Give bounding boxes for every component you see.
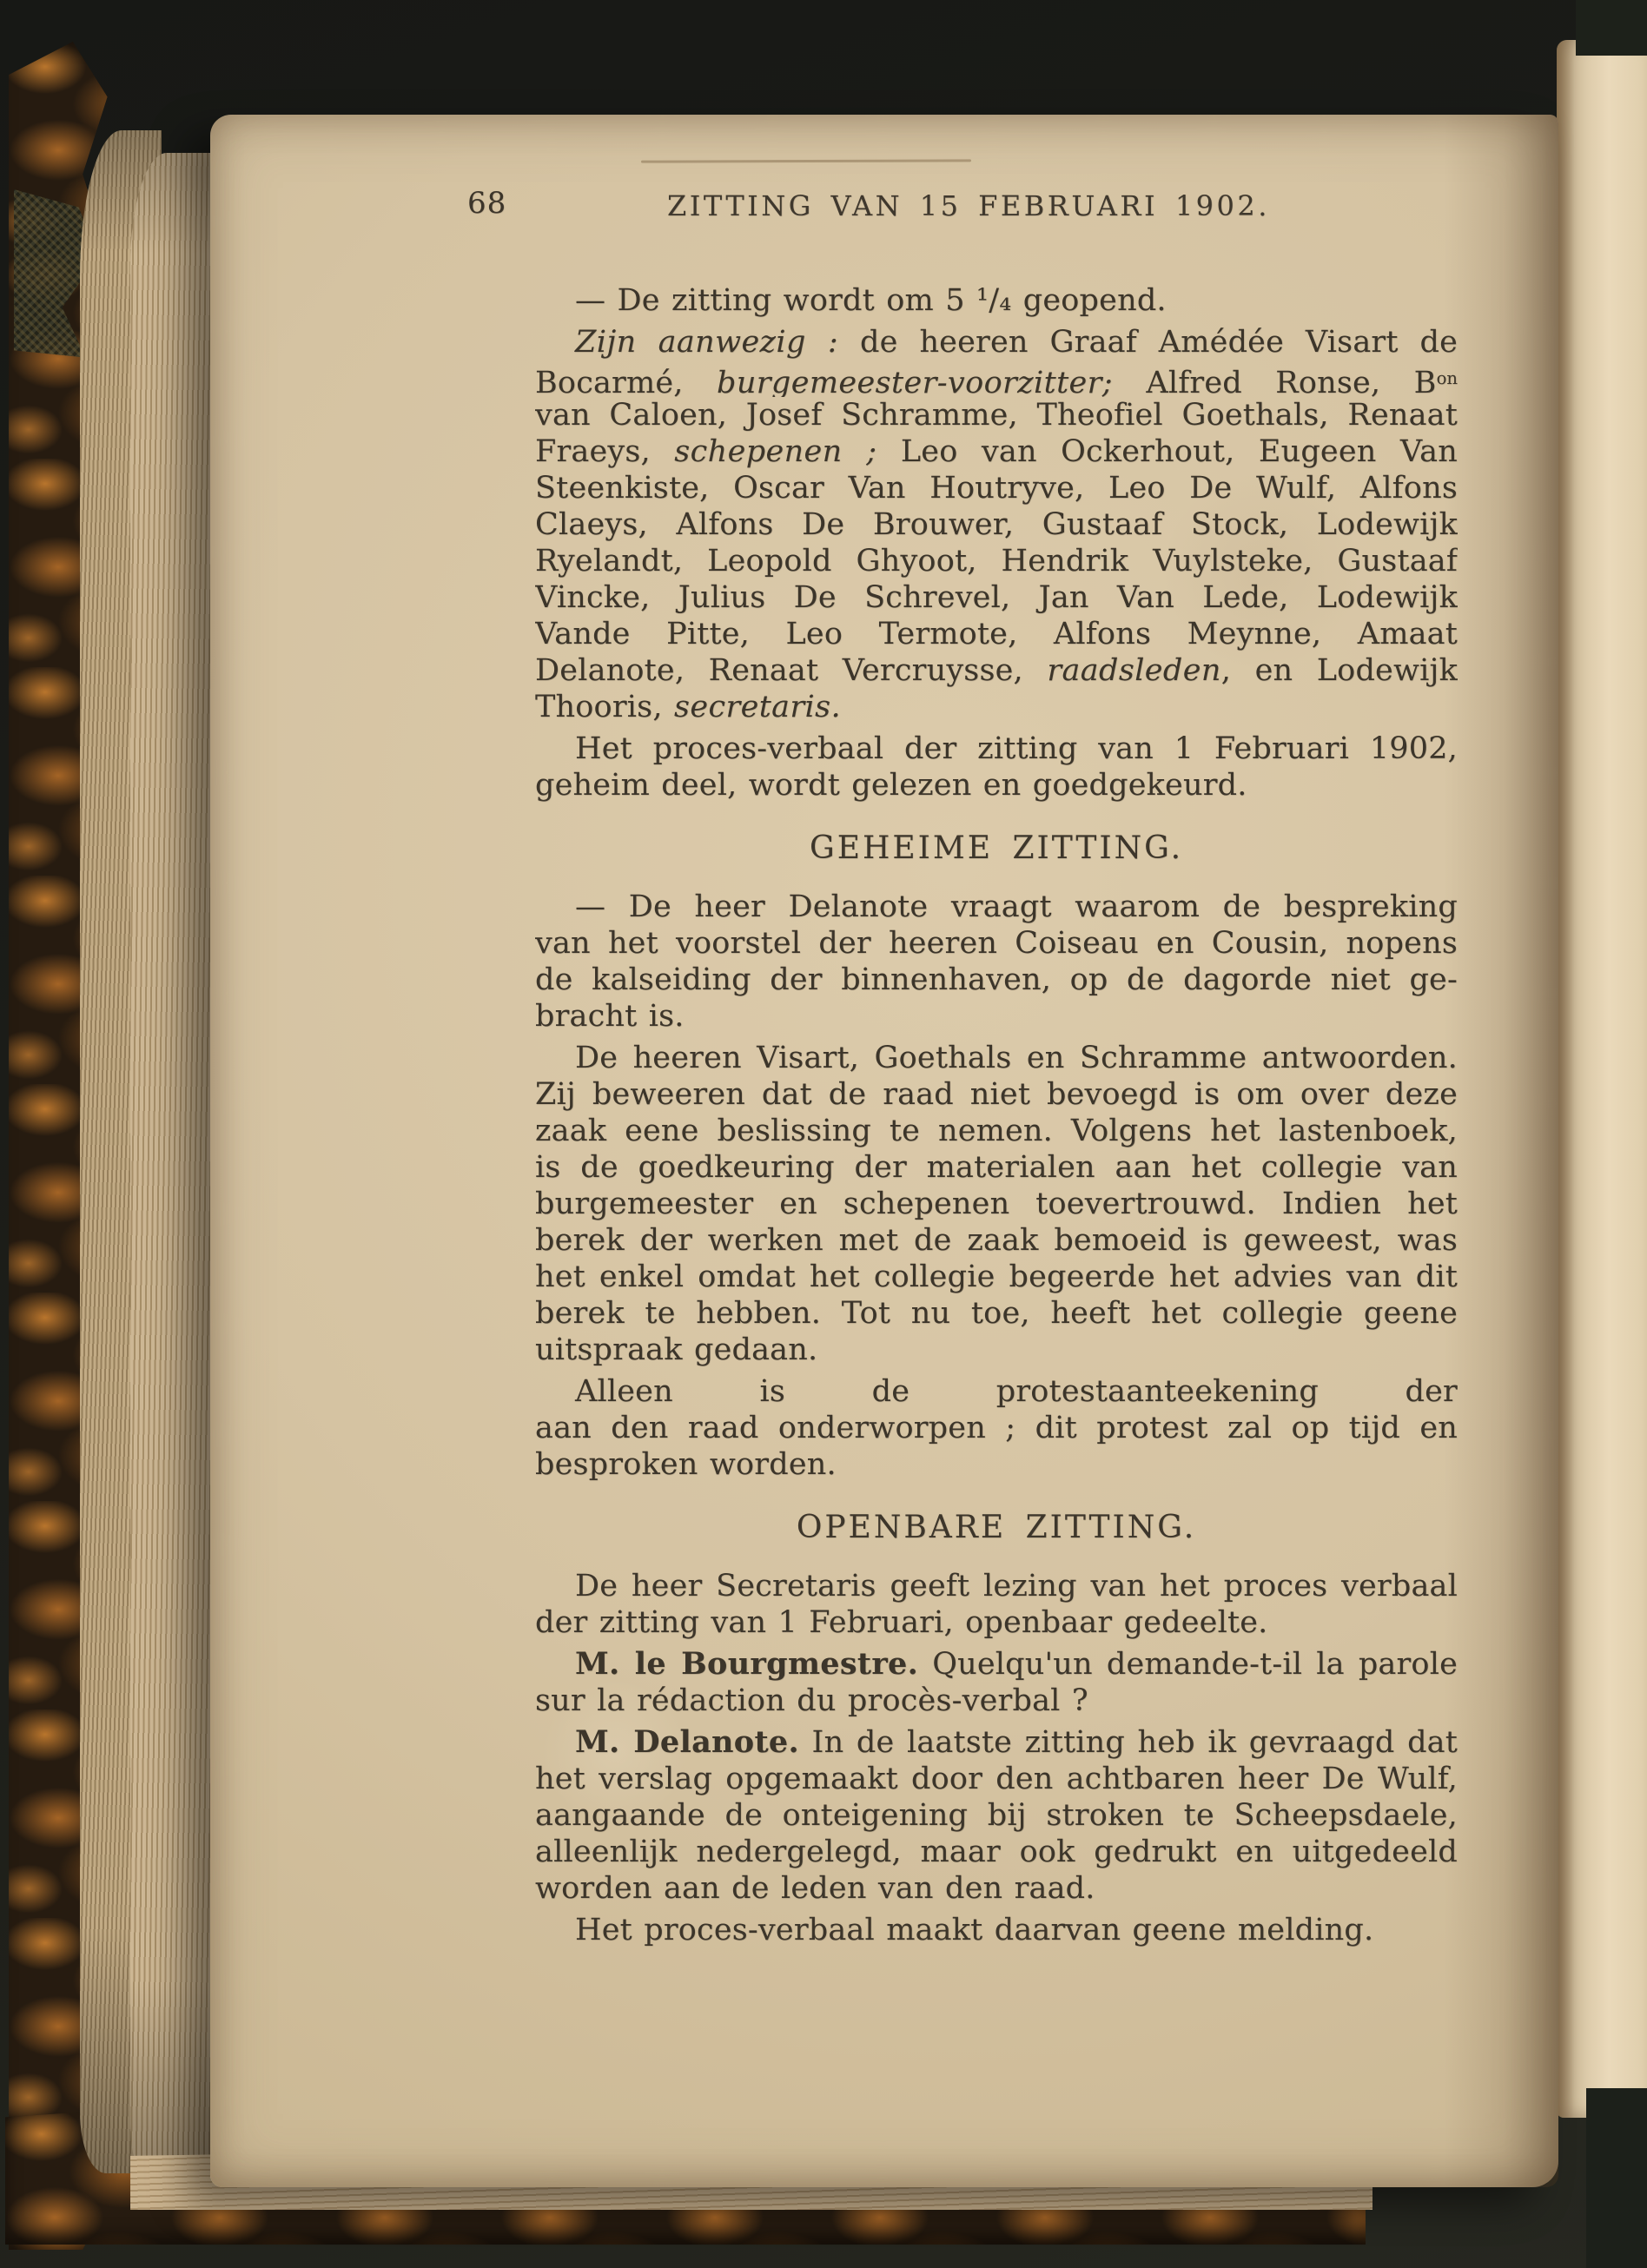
text-line: Steenkiste, Oscar Van Houtryve, Leo De W…: [535, 470, 1458, 506]
text-line: de kalseiding der binnenhaven, op de dag…: [535, 962, 1458, 998]
backdrop-bottom-right: [1586, 2088, 1647, 2268]
text-line: berek der werken met de zaak bemoeid is …: [535, 1222, 1458, 1259]
page-number: 68: [467, 186, 506, 221]
text-line: is de goedkeuring der materialen aan het…: [535, 1149, 1458, 1186]
text-line: Bocarmé, burgemeester-voorzitter; Alfred…: [535, 360, 1458, 397]
text-line: aan den raad onderworpen ; dit protest z…: [535, 1410, 1458, 1446]
text-line: — De zitting wordt om 5 ¹/₄ geopend.: [535, 282, 1458, 319]
text-line: worden aan de leden van den raad.: [535, 1870, 1458, 1907]
text-line: der zitting van 1 Februari, openbaar ged…: [535, 1604, 1458, 1641]
section-heading: OPENBARE ZITTING.: [535, 1509, 1458, 1547]
paragraph: — De heer Delanote vraagt waarom de besp…: [535, 889, 1458, 1035]
paragraph: Het proces-verbaal der zitting van 1 Feb…: [535, 731, 1458, 803]
paragraph: De heeren Visart, Goethals en Schramme a…: [535, 1040, 1458, 1368]
text-line: geheim deel, wordt gelezen en goedgekeur…: [535, 767, 1458, 803]
text-line: De heer Secretaris geeft lezing van het …: [535, 1568, 1458, 1604]
text-line: — De heer Delanote vraagt waarom de besp…: [535, 889, 1458, 925]
text-line: Vincke, Julius De Schrevel, Jan Van Lede…: [535, 579, 1458, 616]
text-line: van Caloen, Josef Schramme, Theofiel Goe…: [535, 397, 1458, 433]
text-line: sur la rédaction du procès-verbal ?: [535, 1683, 1458, 1719]
running-title: ZITTING VAN 15 FEBRUARI 1902.: [667, 189, 1270, 222]
text-line: Thooris, secretaris.: [535, 689, 1458, 725]
text-line: M. le Bourgmestre. Quelqu'un demande-t-i…: [535, 1646, 1458, 1683]
text-line: bracht is.: [535, 998, 1458, 1035]
text-line: uitspraak gedaan.: [535, 1332, 1458, 1368]
text-line: Zijn aanwezig : de heeren Graaf Amédée V…: [535, 324, 1458, 360]
paragraph: Zijn aanwezig : de heeren Graaf Amédée V…: [535, 324, 1458, 725]
paragraph: M. Delanote. In de laatste zitting heb i…: [535, 1724, 1458, 1907]
book-page: 68 ZITTING VAN 15 FEBRUARI 1902. — De zi…: [210, 115, 1558, 2187]
paragraph: M. le Bourgmestre. Quelqu'un demande-t-i…: [535, 1646, 1458, 1719]
backdrop-top-right: [1576, 0, 1647, 56]
scanned-book-page: 68 ZITTING VAN 15 FEBRUARI 1902. — De zi…: [0, 0, 1647, 2268]
text-line: alleenlijk nedergelegd, maar ook gedrukt…: [535, 1834, 1458, 1870]
text-line: het enkel omdat het collegie begeerde he…: [535, 1259, 1458, 1295]
text-line: het verslag opgemaakt door den achtbaren…: [535, 1761, 1458, 1797]
text-line: besproken worden.: [535, 1446, 1458, 1483]
paragraph: — De zitting wordt om 5 ¹/₄ geopend.: [535, 282, 1458, 319]
text-line: Delanote, Renaat Vercruysse, raadsleden,…: [535, 652, 1458, 689]
text-line: De heeren Visart, Goethals en Schramme a…: [535, 1040, 1458, 1076]
text-line: Alleen is de protestaanteekening der ste…: [535, 1373, 1458, 1410]
text-line: Claeys, Alfons De Brouwer, Gustaaf Stock…: [535, 506, 1458, 543]
text-line: M. Delanote. In de laatste zitting heb i…: [535, 1724, 1458, 1761]
page-text: — De zitting wordt om 5 ¹/₄ geopend.Zijn…: [535, 282, 1458, 1948]
text-line: Ryelandt, Leopold Ghyoot, Hendrik Vuylst…: [535, 543, 1458, 579]
page-edges-inner: [130, 153, 219, 2180]
page-behind-edge: [641, 159, 971, 162]
text-line: Het proces-verbaal maakt daarvan geene m…: [535, 1912, 1458, 1948]
adjacent-page-edge: [1557, 40, 1647, 2118]
text-line: Het proces-verbaal der zitting van 1 Feb…: [535, 731, 1458, 767]
text-line: burgemeester en schepenen toevertrouwd. …: [535, 1186, 1458, 1222]
paragraph: Alleen is de protestaanteekening der ste…: [535, 1373, 1458, 1483]
paragraph: De heer Secretaris geeft lezing van het …: [535, 1568, 1458, 1641]
text-line: zaak eene beslissing te nemen. Volgens h…: [535, 1113, 1458, 1149]
text-line: Fraeys, schepenen ; Leo van Ockerhout, E…: [535, 433, 1458, 470]
text-line: van het voorstel der heeren Coiseau en C…: [535, 925, 1458, 962]
text-line: Zij beweeren dat de raad niet bevoegd is…: [535, 1076, 1458, 1113]
text-line: berek te hebben. Tot nu toe, heeft het c…: [535, 1295, 1458, 1332]
text-line: Vande Pitte, Leo Termote, Alfons Meynne,…: [535, 616, 1458, 652]
paragraph: Het proces-verbaal maakt daarvan geene m…: [535, 1912, 1458, 1948]
section-heading: GEHEIME ZITTING.: [535, 830, 1458, 868]
text-line: aangaande de onteigening bij stroken te …: [535, 1797, 1458, 1834]
gutter-shadow: [1444, 115, 1558, 2187]
